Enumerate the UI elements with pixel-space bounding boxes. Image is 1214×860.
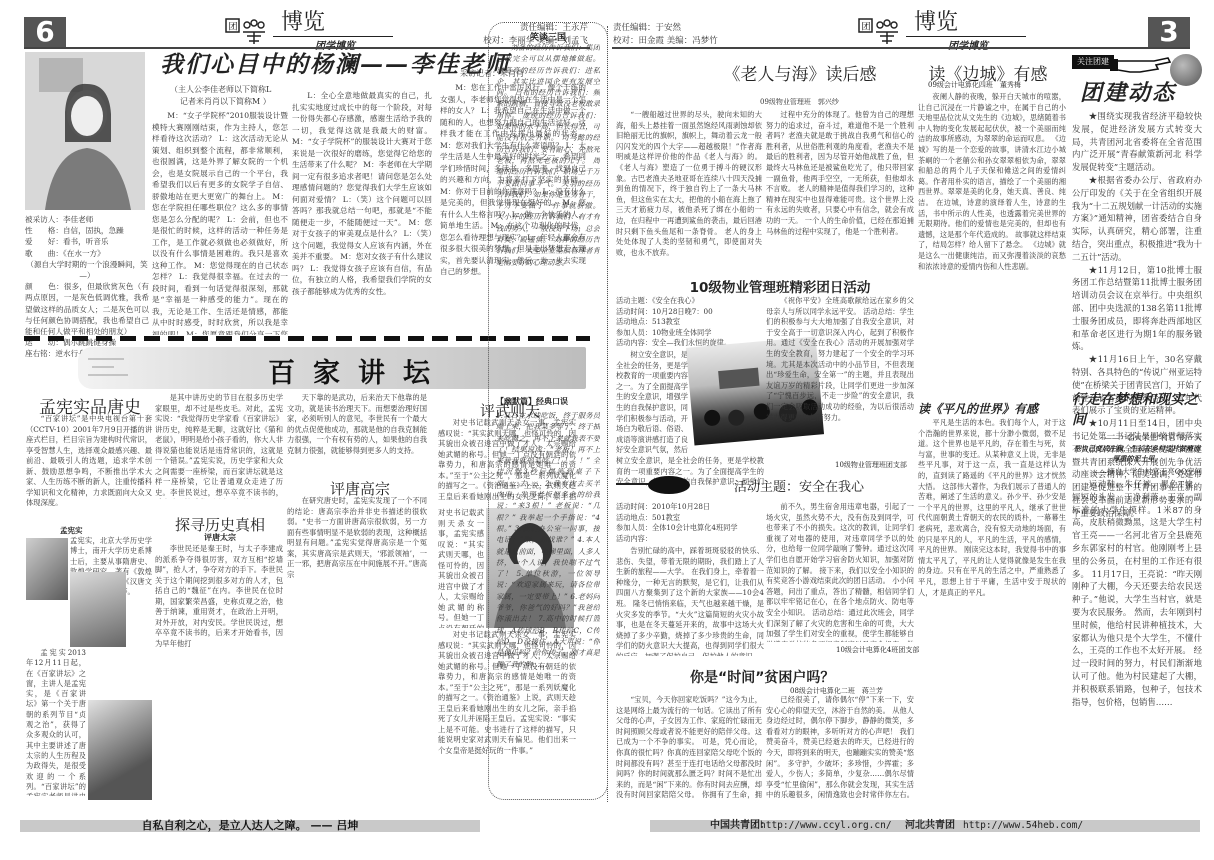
header-rule-right <box>612 47 1190 49</box>
masthead-right: 团 博览 团学博览 <box>858 10 1028 48</box>
time-article-body-1: “宝贝，今天你回家吃饭吗？”这今为止，这是网络上最为流行的一句话。它读出了所有父… <box>616 695 762 800</box>
pointing-hand-icon <box>1110 55 1172 75</box>
feature-intro: （主人公李佳老师以下简称L 记者米肖肖以下简称M ） <box>170 84 271 108</box>
activity-info: 活动主题：《安全在我心》 活动时间：10月28日晚7：00 活动地点：513教室… <box>616 296 762 349</box>
activity2-time: 活动时间：2010年10月28日 <box>616 502 762 513</box>
article-body-wuzetian-narrow: 对史书记载武则天杀女一事，孟宪实感叹说：“其实武则天哪，也怪可怜的，因其貌出众被… <box>438 508 484 628</box>
credits-right: 责任编辑：于安然 校对：田金霞 美编：冯梦竹 <box>613 22 773 48</box>
activity-people: 参加人员：10物业班全体同学 <box>616 328 762 339</box>
sidebar-body: 刘备的经历告诉我们：集团总裁完全可以从摆地摊做起。 诸葛亮的经历告诉我们：进私企… <box>496 42 600 392</box>
article-body-3-cont: 天下靠的是武功，后来治天下他靠的是文功，就是读书治理天下。而想要治理好国家，必须… <box>287 393 427 483</box>
masthead-left: 团 博览 团学博览 <box>225 10 395 48</box>
feature-col-1: M：“女子学院杯”2010服装设计暨模特大赛刚刚结束，作为主持人，您怎样看待这次… <box>152 110 288 335</box>
tuanjian-item: ★围绕实现我省经济平稳较快发展，促进经济发展方式转变大局，共青团河北省委将在全省… <box>1072 110 1202 174</box>
footer-site2-url[interactable]: http://www.54heb.com/ <box>963 820 1083 832</box>
portrait-photo-li-jia <box>25 52 145 210</box>
profile-song-note: （源自大学时期的一个浪漫瞬间，笑—） <box>25 259 149 281</box>
article-body-meng-2: 孟宪实2013年12月11日起，在《百家讲坛》之窗，主讲人是孟宪实，是《百家讲坛… <box>26 648 86 796</box>
tuanjian-title: 团建动态 <box>1080 76 1176 107</box>
village-subtitle: ——一名大学生“村官”的一天 <box>1072 432 1202 443</box>
page-number-left: 6 <box>24 17 66 47</box>
article-title-oldman: 《老人与海》读后感 <box>660 60 940 85</box>
svg-text:团: 团 <box>862 22 871 33</box>
article-title-time: 你是“时间”贫困户吗？ <box>690 667 920 687</box>
intro-line-2: 记者米肖肖以下简称M ） <box>170 96 271 108</box>
activity2-info: 活动时间：2010年10月28日 活动地点：501教室 参加人员：全体10会计电… <box>616 502 762 544</box>
article-title-village: 行走在梦想和现实之间 <box>1072 390 1202 430</box>
tuanjian-item: ★根据省委办公厅、省政府办公厅印发的《关于在全省组织开展我为“十二五规划献一计活… <box>1072 174 1202 264</box>
article-title-ordinary: 读《平凡的世界》有感 <box>918 400 1068 417</box>
masthead-title: 博览 <box>273 10 393 37</box>
profile-personality: 性 格：自信，固执，急躁 <box>25 225 149 236</box>
activity2-body-2: 前不久，男生宿舍用违章电器，引起了一场火灾，虽然火势不大，没有伤及到同学，可也带… <box>766 502 914 642</box>
profile-name: 被采访人：李佳老师 <box>25 214 149 225</box>
intro-line-1: （主人公李佳老师以下简称L <box>170 84 271 96</box>
activity2-content: 活动内容： <box>616 534 762 545</box>
activity-place: 活动地点：513教室 <box>616 317 762 328</box>
page-number-right: 3 <box>1148 17 1190 47</box>
article-body-gaozong: 在研究唐史时，孟宪实发现了一个不同的结论：唐高宗李治并非史书描述的很软弱。“史书… <box>287 496 427 801</box>
article-body-biancheng: 夜阑人静的夜晚，躲开白天城市的喧嚣，让自己沉浸在一片静谧之中，在属于自己的小天地… <box>918 92 1066 392</box>
time-article-body-2: 已经很美了，请你偶尔“停”下来一下，安安心心的仰望天空，沐浴于自然的美。 从他人… <box>766 695 914 800</box>
activity2-place: 活动地点：501教室 <box>616 513 762 524</box>
tuanjian-label: 关注团建 <box>1072 55 1114 69</box>
tuanjian-item: ★11月12日，第10批博士服务团工作总结暨第11批博士服务团培训动员会议在京举… <box>1072 264 1202 354</box>
tuan-xue-logo-icon-right: 团 <box>858 16 902 46</box>
article-body-oldman-1: “一艘船越过世界的尽头，驶向未知的大海，船头上悬挂着一面虽然饱经风雨剥蚀却依旧艳… <box>616 110 762 265</box>
tuan-xue-logo-icon: 团 <box>225 16 269 46</box>
profile-color: 颜 色：很多，但最欣赏灰色（有两点原因，一是灰色低调优雅，我希望做这样的品质女人… <box>25 281 149 337</box>
village-source: ——摘自大学生村官王亮QQ空间 <box>1072 466 1202 477</box>
sidebar-jokes: 1.某日在水线吃饭，终于服务员端上来，把我菜多等了，终于抽来吃嘴之，再不上来就我… <box>496 410 600 795</box>
bio-title: 孟宪实 <box>60 525 83 536</box>
article-title-activity: 10级物业管理班精彩团日活动 <box>650 276 910 296</box>
activity-time: 活动时间：10月28日晚7：00 <box>616 307 762 318</box>
article-title-activity2: 活动主题：安全在我心 <box>734 476 864 495</box>
activity2-people: 参加人员：全体10会计电算化4班同学 <box>616 523 762 534</box>
masthead-title-right: 博览 <box>906 10 1026 37</box>
byline-oldman: 09级物业管理班 郭兴纱 <box>760 97 839 107</box>
ink-texture-icon <box>84 351 144 385</box>
activity2-black-oval-icon <box>648 476 690 494</box>
footer-quote-left: 自私自利之心，是立人达人之障。 —— 吕坤 <box>20 820 480 832</box>
svg-text:团: 团 <box>229 22 238 33</box>
activity-body-2: 《祝你平安》全班高歌献给远在家乡的父母亲人与所以同学永远平安。 活动总结：学生们… <box>766 296 914 446</box>
article-body-taizong: 李世民还是秦王时，与太子李建成的派系争夺得很厉害，双方互相“挖墙脚”，抢人才，争… <box>155 544 283 799</box>
lecture-banner-title: 百家讲坛 <box>268 351 448 390</box>
meng-photo-small <box>26 538 68 600</box>
article-body-meng-cont: 是其中讲历史的节目在很多历史学家眼里，却不过是些皮毛。对此，孟宪实说：“我觉得历… <box>155 393 283 499</box>
meng-photo-1 <box>70 572 126 647</box>
activity-signature: 10级物业管理班团支部 <box>835 460 907 470</box>
activity2-signature: 10级会计电算化4班团支部 <box>836 645 919 655</box>
profile-song: 歌 曲：《在水一方》 <box>25 248 149 259</box>
masthead-subtitle-right: 团学博览 <box>948 37 988 52</box>
profile-hobbies: 爱 好：看书，听音乐 <box>25 236 149 247</box>
activity-body-1: 树立安全意识，是全社会的任务，更是学校教育的一项重要内容之一。为了全面提高学生的… <box>616 350 688 455</box>
village-body: 运动鞋、牛仔裤、黑色T恤，短短的头发，干净利落。王亮一副标准的大学生模样。1米8… <box>1072 478 1202 800</box>
article-body-oldman-2: 过程中充分的体现了。他曾为自己的理想努力的追求过，奋斗过，难道他不是一个胜利者吗… <box>766 110 914 265</box>
footer-site2-label: 河北共青团 <box>905 820 955 832</box>
article-subtitle-taizong: 评唐太宗 <box>160 532 280 543</box>
article-body-meng: “百家讲坛”是中央电视台第十套（CCTV-10）2001年7月9日开播的讲座式栏… <box>26 414 152 522</box>
activity-theme: 活动主题：《安全在我心》 <box>616 296 762 307</box>
activity2-body-1: 告别忙碌的高中，踩着斑斑驳驳的快乐、悲伤、失望，带着无限的期盼，我们踏上了人生新… <box>616 546 764 656</box>
portrait-silhouette-icon <box>25 52 145 210</box>
meng-photo-2 <box>88 700 152 800</box>
byline-biancheng: 09级会计电算化四班 董秀梅 <box>928 80 1021 90</box>
sidebar-joke-heading: 【幽默篇】经典口误 <box>496 396 606 407</box>
village-quote: 把自己变成庄稼，生长在乡村这片贫瘠而厚重的泥土里。 <box>1072 444 1202 464</box>
footer-site1-url[interactable]: http://www.ccyl.org.cn/ <box>760 820 892 832</box>
feature-col-2: L：全心全意地做最真实的自己，扎扎实实地度过成长中的每一个阶段，对每一份得失都心… <box>292 90 432 360</box>
editor-credit-right: 责任编辑：于安然 <box>613 22 773 35</box>
article-body-ordinary: 平凡是生活的本色。我们每个人，对于这个浩瀚的世界来说，都十分渺小微弱，微不足道。… <box>918 418 1066 800</box>
